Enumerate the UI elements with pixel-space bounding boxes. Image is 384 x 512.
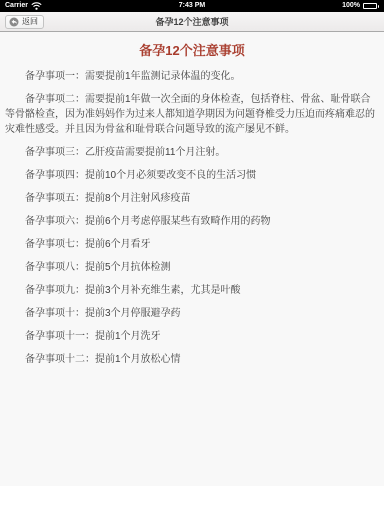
back-arrow-icon — [9, 17, 19, 27]
wifi-icon — [31, 2, 42, 10]
article-paragraph: 备孕事项六：提前6个月考虑停服某些有致畸作用的药物 — [5, 214, 375, 229]
article-paragraph: 备孕事项十一：提前1个月洗牙 — [5, 329, 375, 344]
carrier-label: Carrier — [5, 0, 28, 12]
clock-label: 7:43 PM — [0, 0, 384, 12]
app-screen: Carrier 7:43 PM 100% — [0, 0, 384, 512]
page-title: 备孕12个注意事项 — [155, 15, 228, 28]
status-right: 100% — [342, 0, 379, 12]
status-left: Carrier — [5, 0, 42, 12]
article-paragraph-list: 备孕事项一：需要提前1年监测记录体温的变化。备孕事项二：需要提前1年做一次全面的… — [0, 69, 384, 367]
article-paragraph: 备孕事项一：需要提前1年监测记录体温的变化。 — [5, 69, 375, 84]
article-paragraph: 备孕事项五：提前8个月注射风疹疫苗 — [5, 191, 375, 206]
back-button-label: 返回 — [22, 16, 38, 27]
battery-percent-label: 100% — [342, 0, 360, 12]
article-paragraph: 备孕事项七：提前6个月看牙 — [5, 237, 375, 252]
article-content-area[interactable]: 备孕12个注意事项 备孕事项一：需要提前1年监测记录体温的变化。备孕事项二：需要… — [0, 32, 384, 486]
back-button[interactable]: 返回 — [5, 15, 44, 29]
article-paragraph: 备孕事项二：需要提前1年做一次全面的身体检查，包括脊柱、骨盆、耻骨联合等骨骼检查… — [5, 92, 375, 137]
article-heading: 备孕12个注意事项 — [0, 40, 384, 59]
article-paragraph: 备孕事项十：提前3个月停服避孕药 — [5, 306, 375, 321]
article-paragraph: 备孕事项四：提前10个月必须要改变不良的生活习惯 — [5, 168, 375, 183]
status-bar: Carrier 7:43 PM 100% — [0, 0, 384, 12]
article-paragraph: 备孕事项九：提前3个月补充维生素，尤其是叶酸 — [5, 283, 375, 298]
article-paragraph: 备孕事项三：乙肝疫苗需要提前11个月注射。 — [5, 145, 375, 160]
article-paragraph: 备孕事项十二：提前1个月放松心情 — [5, 352, 375, 367]
navigation-bar: 返回 备孕12个注意事项 — [0, 12, 384, 32]
article-paragraph: 备孕事项八：提前5个月抗体检测 — [5, 260, 375, 275]
battery-icon — [363, 3, 379, 9]
